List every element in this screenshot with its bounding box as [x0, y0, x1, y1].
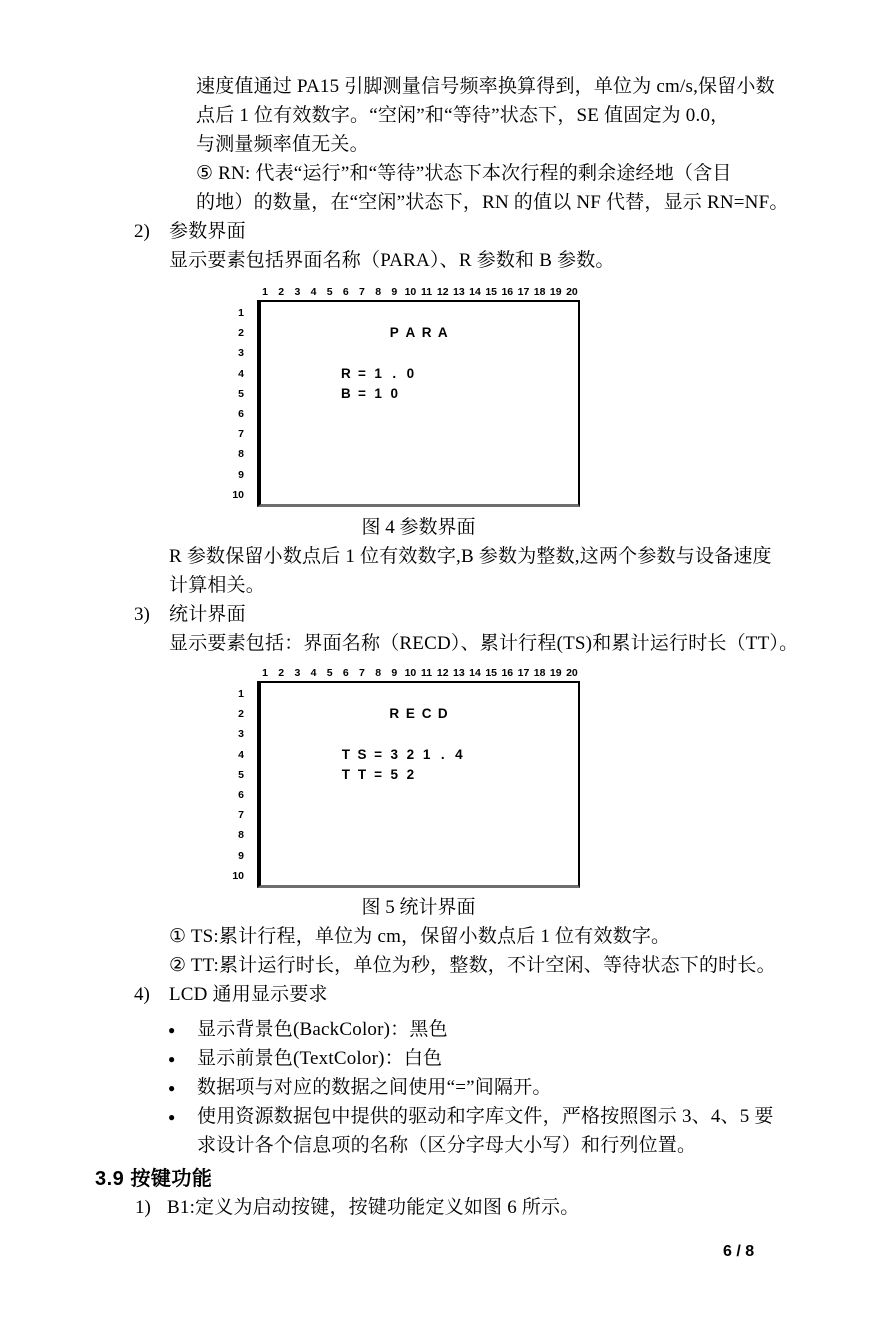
lcd-char: A [402, 323, 418, 343]
lcd-column-number: 13 [451, 666, 467, 680]
bullet-line: 求设计各个信息项的名称（区分字母大小写）和行列位置。 [197, 1133, 696, 1159]
lcd-column-number: 6 [338, 666, 354, 680]
body-line: ② TT:累计运行时长，单位为秒，整数，不计空闲、等待状态下的时长。 [169, 953, 776, 979]
lcd-row-number: 3 [225, 343, 251, 363]
lcd-char: R [419, 323, 435, 343]
lcd-column-number: 6 [338, 285, 354, 299]
list-item-title: LCD 通用显示要求 [169, 982, 328, 1008]
lcd-char: T [338, 745, 354, 765]
lcd-column-number: 8 [370, 666, 386, 680]
lcd-column-number: 12 [435, 285, 451, 299]
body-line: 显示要素包括：界面名称（RECD）、累计行程(TS)和累计运行时长（TT）。 [169, 631, 798, 657]
lcd-column-number: 3 [289, 285, 305, 299]
body-line: 点后 1 位有效数字。“空闲”和“等待”状态下，SE 值固定为 0.0， [196, 103, 729, 129]
body-line: B1:定义为启动按键，按键功能定义如图 6 所示。 [167, 1195, 579, 1221]
lcd-char: 0 [386, 384, 402, 404]
lcd-char: 3 [386, 745, 402, 765]
lcd-char: 2 [402, 745, 418, 765]
lcd-column-number: 8 [370, 285, 386, 299]
lcd-column-number: 11 [419, 666, 435, 680]
lcd-char: P [386, 323, 402, 343]
lcd-row-number: 5 [225, 765, 251, 785]
figure4-caption: 图 4 参数界面 [257, 515, 580, 541]
lcd-char: B [338, 384, 354, 404]
lcd-char: = [370, 765, 386, 785]
lcd-row-number: 2 [225, 323, 251, 343]
list-item-title: 参数界面 [169, 219, 246, 245]
lcd-column-number: 16 [499, 285, 515, 299]
lcd-column-number: 20 [564, 285, 580, 299]
lcd-char: A [435, 323, 451, 343]
lcd-column-number: 20 [564, 666, 580, 680]
body-line: 与测量频率值无关。 [196, 132, 369, 158]
lcd-column-number: 3 [289, 666, 305, 680]
lcd-char: 5 [386, 765, 402, 785]
bullet-icon: ● [168, 1046, 175, 1072]
lcd-char: . [435, 745, 451, 765]
section-heading: 3.9 按键功能 [95, 1166, 212, 1192]
figure4-lcd-diagram: 1234567891011121314151617181920123456789… [225, 285, 585, 510]
lcd-column-number: 4 [305, 666, 321, 680]
lcd-char: = [370, 745, 386, 765]
lcd-column-number: 14 [467, 285, 483, 299]
lcd-row-number: 8 [225, 444, 251, 464]
body-line: ① TS:累计行程，单位为 cm，保留小数点后 1 位有效数字。 [169, 924, 670, 950]
lcd-column-number: 1 [257, 666, 273, 680]
lcd-column-number: 17 [515, 285, 531, 299]
figure5-caption: 图 5 统计界面 [257, 895, 580, 921]
lcd-column-number: 5 [322, 285, 338, 299]
body-line: 的地）的数量，在“空闲”状态下，RN 的值以 NF 代替，显示 RN=NF。 [196, 190, 789, 216]
lcd-char: T [338, 765, 354, 785]
lcd-row-number: 2 [225, 704, 251, 724]
lcd-column-number: 16 [499, 666, 515, 680]
lcd-char: T [354, 765, 370, 785]
bullet-line: 数据项与对应的数据之间使用“=”间隔开。 [197, 1075, 552, 1101]
lcd-column-number: 9 [386, 285, 402, 299]
lcd-row-number: 9 [225, 465, 251, 485]
lcd-column-number: 2 [273, 285, 289, 299]
lcd-column-number: 15 [483, 285, 499, 299]
list-item-title: 统计界面 [169, 602, 246, 628]
lcd-row-number: 3 [225, 724, 251, 744]
lcd-char: R [338, 364, 354, 384]
bullet-icon: ● [168, 1104, 175, 1130]
list-item-number: 4) [134, 982, 150, 1008]
lcd-column-number: 18 [532, 285, 548, 299]
lcd-row-number: 1 [225, 684, 251, 704]
lcd-row-number: 5 [225, 384, 251, 404]
lcd-row-number: 10 [225, 866, 251, 886]
lcd-row-number: 10 [225, 485, 251, 505]
lcd-column-number: 15 [483, 666, 499, 680]
lcd-row-number: 9 [225, 846, 251, 866]
lcd-column-number: 7 [354, 666, 370, 680]
lcd-char: C [419, 704, 435, 724]
page-number: 6 / 8 [723, 1243, 754, 1261]
lcd-column-number: 17 [515, 666, 531, 680]
lcd-char: S [354, 745, 370, 765]
lcd-char: = [354, 384, 370, 404]
lcd-char: 1 [370, 364, 386, 384]
lcd-row-number: 4 [225, 364, 251, 384]
lcd-column-number: 9 [386, 666, 402, 680]
lcd-column-number: 11 [419, 285, 435, 299]
lcd-column-number: 13 [451, 285, 467, 299]
lcd-row-number: 7 [225, 424, 251, 444]
lcd-char: 1 [370, 384, 386, 404]
body-line: 速度值通过 PA15 引脚测量信号频率换算得到，单位为 cm/s,保留小数 [196, 74, 775, 100]
bullet-line: 显示前景色(TextColor)：白色 [197, 1046, 442, 1072]
bullet-icon: ● [168, 1075, 175, 1101]
body-line: 显示要素包括界面名称（PARA）、R 参数和 B 参数。 [169, 248, 615, 274]
figure5-lcd-diagram: 1234567891011121314151617181920123456789… [225, 666, 585, 891]
lcd-char: 4 [451, 745, 467, 765]
lcd-column-number: 4 [305, 285, 321, 299]
bullet-icon: ● [168, 1017, 175, 1043]
lcd-char: E [402, 704, 418, 724]
list-item-number: 3) [134, 602, 150, 628]
body-line: 计算相关。 [169, 573, 265, 599]
lcd-row-number: 1 [225, 303, 251, 323]
list-item-number: 1) [135, 1195, 151, 1221]
lcd-char: 1 [419, 745, 435, 765]
lcd-column-number: 1 [257, 285, 273, 299]
lcd-row-number: 4 [225, 745, 251, 765]
lcd-column-number: 19 [548, 666, 564, 680]
lcd-row-number: 6 [225, 785, 251, 805]
document-page: 速度值通过 PA15 引脚测量信号频率换算得到，单位为 cm/s,保留小数 点后… [0, 0, 870, 1334]
lcd-column-number: 10 [402, 285, 418, 299]
lcd-column-number: 19 [548, 285, 564, 299]
lcd-column-number: 10 [402, 666, 418, 680]
lcd-row-number: 8 [225, 825, 251, 845]
bullet-line: 使用资源数据包中提供的驱动和字库文件，严格按照图示 3、4、5 要 [197, 1104, 774, 1130]
lcd-column-number: 5 [322, 666, 338, 680]
lcd-char: . [386, 364, 402, 384]
lcd-column-number: 12 [435, 666, 451, 680]
lcd-char: R [386, 704, 402, 724]
lcd-column-number: 14 [467, 666, 483, 680]
lcd-column-number: 18 [532, 666, 548, 680]
bullet-line: 显示背景色(BackColor)：黑色 [197, 1017, 448, 1043]
lcd-char: = [354, 364, 370, 384]
lcd-column-number: 2 [273, 666, 289, 680]
lcd-column-number: 7 [354, 285, 370, 299]
lcd-row-number: 7 [225, 805, 251, 825]
body-line: R 参数保留小数点后 1 位有效数字,B 参数为整数,这两个参数与设备速度 [169, 544, 772, 570]
list-item-number: 2) [134, 219, 150, 245]
lcd-row-number: 6 [225, 404, 251, 424]
body-line: ⑤ RN: 代表“运行”和“等待”状态下本次行程的剩余途经地（含目 [196, 161, 732, 187]
lcd-char: 2 [402, 765, 418, 785]
lcd-char: 0 [402, 364, 418, 384]
lcd-char: D [435, 704, 451, 724]
